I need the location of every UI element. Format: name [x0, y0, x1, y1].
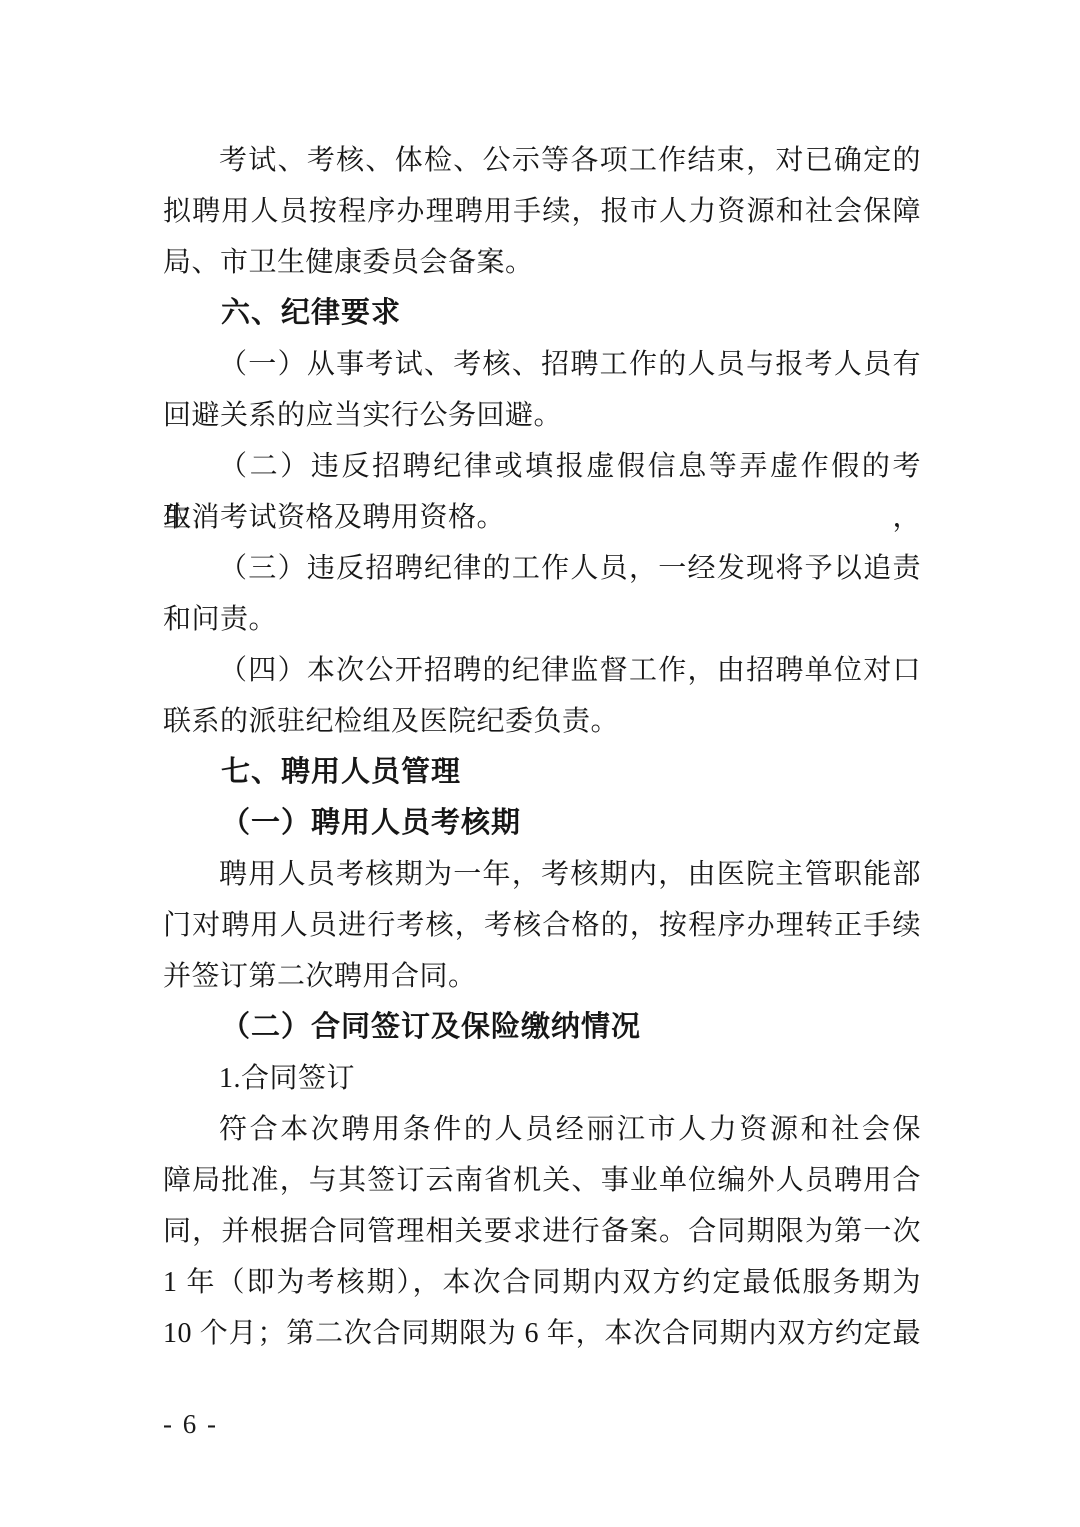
body-line: 符合本次聘用条件的人员经丽江市人力资源和社会保: [163, 1104, 921, 1155]
body-line: （四）本次公开招聘的纪律监督工作，由招聘单位对口: [163, 645, 921, 696]
body-line: 回避关系的应当实行公务回避。: [163, 390, 921, 441]
body-line: 障局批准，与其签订云南省机关、事业单位编外人员聘用合: [163, 1155, 921, 1206]
heading-7-2: （二）合同签订及保险缴纳情况: [163, 1002, 921, 1053]
body-line: 门对聘用人员进行考核，考核合格的，按程序办理转正手续: [163, 900, 921, 951]
body-line: 拟聘用人员按程序办理聘用手续，报市人力资源和社会保障: [163, 186, 921, 237]
body-line: （二）违反招聘纪律或填报虚假信息等弄虚作假的考生，: [163, 441, 921, 492]
body-line: 10 个月；第二次合同期限为 6 年，本次合同期内双方约定最: [163, 1308, 921, 1359]
document-body: 考试、考核、体检、公示等各项工作结束，对已确定的 拟聘用人员按程序办理聘用手续，…: [163, 135, 921, 1359]
heading-section-7: 七、聘用人员管理: [163, 747, 921, 798]
body-line: （三）违反招聘纪律的工作人员，一经发现将予以追责: [163, 543, 921, 594]
body-line: 1 年（即为考核期），本次合同期内双方约定最低服务期为: [163, 1257, 921, 1308]
body-line: 联系的派驻纪检组及医院纪委负责。: [163, 696, 921, 747]
subheading-contract-signing: 1.合同签订: [163, 1053, 921, 1104]
body-line: 聘用人员考核期为一年，考核期内，由医院主管职能部: [163, 849, 921, 900]
document-page: 考试、考核、体检、公示等各项工作结束，对已确定的 拟聘用人员按程序办理聘用手续，…: [0, 0, 1080, 1527]
body-line: 考试、考核、体检、公示等各项工作结束，对已确定的: [163, 135, 921, 186]
body-line: 并签订第二次聘用合同。: [163, 951, 921, 1002]
body-line: 和问责。: [163, 594, 921, 645]
heading-section-6: 六、纪律要求: [163, 288, 921, 339]
body-line: （一）从事考试、考核、招聘工作的人员与报考人员有: [163, 339, 921, 390]
heading-7-1: （一）聘用人员考核期: [163, 798, 921, 849]
page-number: - 6 -: [163, 1409, 218, 1440]
body-line: 同，并根据合同管理相关要求进行备案。合同期限为第一次: [163, 1206, 921, 1257]
body-line: 局、市卫生健康委员会备案。: [163, 237, 921, 288]
